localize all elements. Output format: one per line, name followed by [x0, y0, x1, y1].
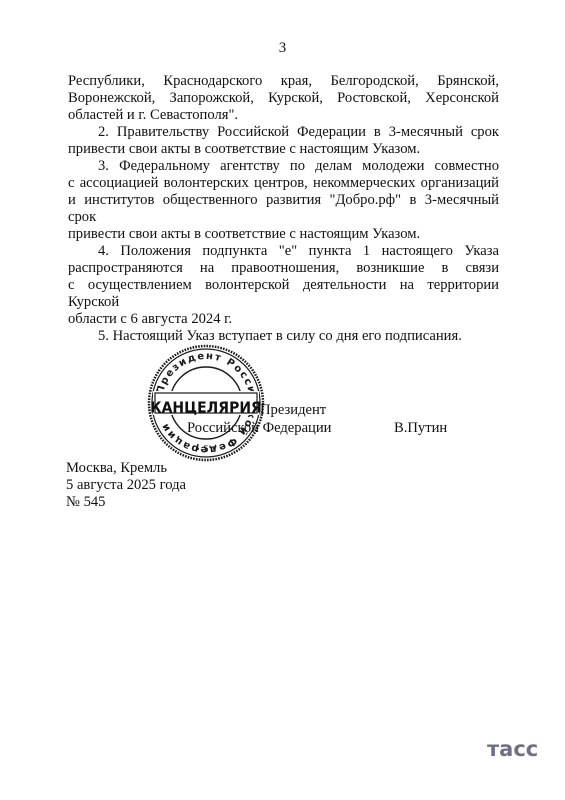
document-page: 3 Республики, Краснодарского края, Белго… — [0, 0, 565, 800]
text-line: Республики, Краснодарского края, Белгоро… — [68, 73, 499, 90]
document-body: Республики, Краснодарского края, Белгоро… — [68, 73, 499, 345]
place-date-block: Москва, Кремль 5 августа 2025 года № 545 — [66, 460, 186, 511]
page-number: 3 — [0, 40, 565, 57]
text-line: и институтов общественного развития "Доб… — [68, 192, 499, 226]
paragraph-3: 3. Федеральному агентству по делам молод… — [68, 158, 499, 243]
svg-text:КАНЦЕЛЯРИЯ: КАНЦЕЛЯРИЯ — [150, 400, 262, 416]
svg-text:• 5 •: • 5 • — [195, 445, 217, 455]
text-line: Воронежской, Запорожской, Курской, Росто… — [68, 90, 499, 107]
paragraph-4: 4. Положения подпункта "е" пункта 1 наст… — [68, 243, 499, 328]
text-line: привести свои акты в соответствие с наст… — [68, 141, 499, 158]
signature-title: Президент — [260, 402, 326, 419]
text-line: 4. Положения подпункта "е" пункта 1 наст… — [68, 243, 499, 260]
paragraph-continuation: Республики, Краснодарского края, Белгоро… — [68, 73, 499, 124]
place: Москва, Кремль — [66, 460, 186, 477]
signatory-name: В.Путин — [394, 420, 447, 437]
text-line: 2. Правительству Российской Федерации в … — [68, 124, 499, 141]
text-line: 5. Настоящий Указ вступает в силу со дня… — [68, 328, 499, 345]
text-line: областей и г. Севастополя". — [68, 107, 499, 124]
paragraph-5: 5. Настоящий Указ вступает в силу со дня… — [68, 328, 499, 345]
official-stamp-icon: Президент Российской Федерации КАНЦЕЛЯРИ… — [145, 343, 267, 463]
decree-number: № 545 — [66, 494, 186, 511]
paragraph-2: 2. Правительству Российской Федерации в … — [68, 124, 499, 158]
tass-watermark-logo: тасс — [487, 737, 538, 761]
text-line: распространяются на правоотношения, возн… — [68, 260, 499, 277]
text-line: привести свои акты в соответствие с наст… — [68, 226, 499, 243]
text-line: с осуществлением волонтерской деятельнос… — [68, 277, 499, 311]
text-line: 3. Федеральному агентству по делам молод… — [68, 158, 499, 175]
text-line: области с 6 августа 2024 г. — [68, 311, 499, 328]
date: 5 августа 2025 года — [66, 477, 186, 494]
text-line: с ассоциацией волонтерских центров, неко… — [68, 175, 499, 192]
